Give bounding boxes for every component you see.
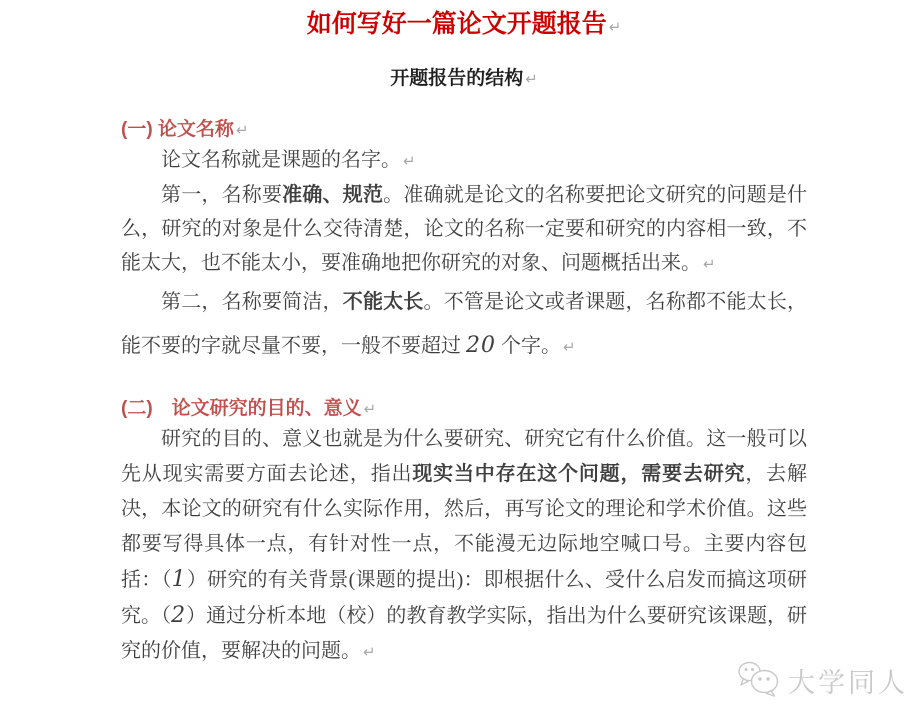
text-run: 2 <box>171 603 186 628</box>
paragraph: 论文名称就是课题的名字。↵ <box>121 143 807 178</box>
watermark-label: 大学同人 <box>788 661 908 700</box>
paragraph-mark-icon: ↵ <box>607 18 622 36</box>
paragraph-mark-icon: ↵ <box>361 643 376 661</box>
section-heading-2: (二) 论文研究的目的、意义↵ <box>121 396 807 422</box>
paragraph: 研究的目的、意义也就是为什么要研究、研究它有什么价值。这一般可以先从现实需要方面… <box>121 422 807 670</box>
paragraph-mark-icon: ↵ <box>701 255 716 273</box>
paragraph-text: 研究的目的、意义也就是为什么要研究、研究它有什么价值。这一般可以先从现实需要方面… <box>121 428 807 662</box>
text-run: 第一，名称要 <box>161 184 282 206</box>
paragraph-mark-icon: ↵ <box>234 121 249 139</box>
paragraph-text: 第二，名称要简洁，不能太长。不管是论文或者课题，名称都不能太长，能不要的字就尽量… <box>121 291 807 357</box>
paragraph: 第二，名称要简洁，不能太长。不管是论文或者课题，名称都不能太长，能不要的字就尽量… <box>121 281 807 369</box>
text-run: 论文名称就是课题的名字。 <box>161 149 401 171</box>
paragraph: 第一，名称要准确、规范。准确就是论文的名称要把论文研究的问题是什么，研究的对象是… <box>121 178 807 281</box>
text-run: 个字。 <box>496 335 561 357</box>
paragraph-text: 论文名称就是课题的名字。 <box>161 149 401 171</box>
watermark: 大学同人 <box>737 658 908 703</box>
paragraph-mark-icon: ↵ <box>401 152 416 170</box>
doc-subtitle: 开题报告的结构↵ <box>121 66 807 92</box>
document-page: 如何写好一篇论文开题报告↵ 开题报告的结构↵ (一) 论文名称↵ 论文名称就是课… <box>0 0 922 719</box>
doc-title-text: 如何写好一篇论文开题报告 <box>307 11 607 38</box>
text-run: 准确、规范 <box>282 184 383 206</box>
section-heading-1-text: (一) 论文名称 <box>121 119 234 140</box>
paragraph-mark-icon: ↵ <box>523 70 538 88</box>
wechat-icon <box>737 658 783 703</box>
paragraph-mark-icon: ↵ <box>362 400 377 418</box>
text-run: ）通过分析本地（校）的教育教学实际，指出为什么要研究该课题，研究的价值，要解决的… <box>121 605 807 662</box>
text-run: 不能太长 <box>343 291 424 313</box>
doc-subtitle-text: 开题报告的结构 <box>390 68 523 89</box>
section-heading-1: (一) 论文名称↵ <box>121 117 807 143</box>
text-run: 20 <box>466 333 496 358</box>
text-run: 第二，名称要简洁， <box>161 291 343 313</box>
doc-title: 如何写好一篇论文开题报告↵ <box>121 8 807 44</box>
paragraph-mark-icon: ↵ <box>561 338 576 356</box>
section-heading-2-text: (二) 论文研究的目的、意义 <box>121 398 362 419</box>
text-run: 1 <box>172 567 187 592</box>
document-content: 如何写好一篇论文开题报告↵ 开题报告的结构↵ (一) 论文名称↵ 论文名称就是课… <box>0 0 922 670</box>
text-run: 现实当中存在这个问题，需要去研究 <box>412 463 745 485</box>
